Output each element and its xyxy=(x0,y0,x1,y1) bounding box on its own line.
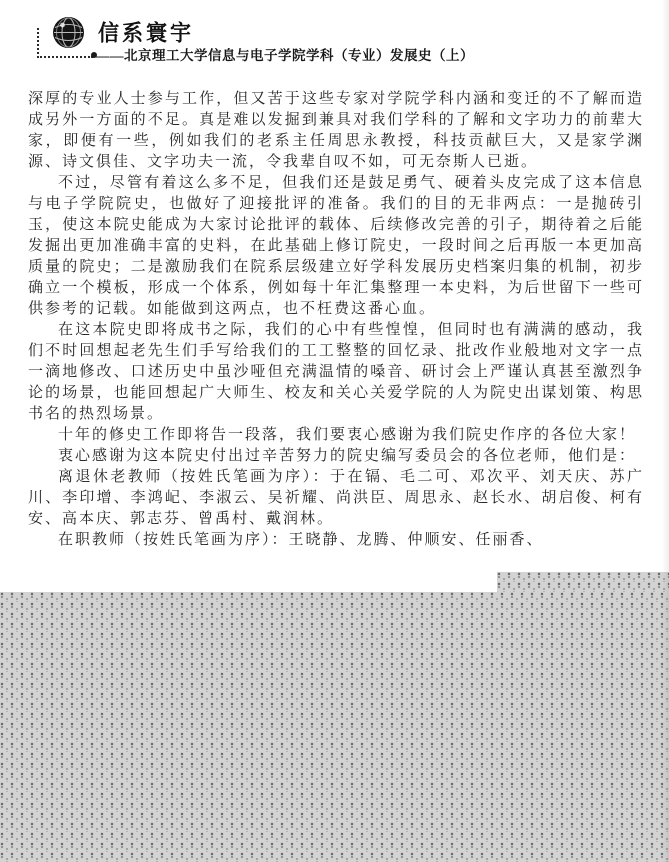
halftone-scan-artifact-right xyxy=(497,572,669,592)
paragraph: 衷心感谢为这本院史付出过辛苦努力的院史编写委员会的各位老师，他们是： xyxy=(28,446,644,467)
paragraph: 在职教师（按姓氏笔画为序）：王晓静、龙腾、仲顺安、任丽香、 xyxy=(28,530,644,551)
paragraph: 离退休老教师（按姓氏笔画为序）：于在镉、毛二可、邓次平、刘天庆、苏广川、李印增、… xyxy=(28,467,644,530)
scanned-document-page: 信系寰宇 ——北京理工大学信息与电子学院学科（专业）发展史（上） 深厚的专业人士… xyxy=(0,0,669,862)
globe-icon xyxy=(52,16,85,49)
paragraph: 十年的修史工作即将告一段落，我们要衷心感谢为我们院史作序的各位大家！ xyxy=(28,425,644,446)
paragraph: 在这本院史即将成书之际，我们的心中有些惶惶，但同时也有满满的感动，我们不时回想起… xyxy=(28,320,644,425)
page-subtitle: ——北京理工大学信息与电子学院学科（专业）发展史（上） xyxy=(96,44,474,64)
body-text: 深厚的专业人士参与工作，但又苦于这些专家对学院学科内涵和变迁的不了解而造成另外一… xyxy=(28,89,644,551)
scan-edge-shadow xyxy=(662,0,669,862)
paragraph: 深厚的专业人士参与工作，但又苦于这些专家对学院学科内涵和变迁的不了解而造成另外一… xyxy=(28,89,644,173)
paragraph: 不过，尽管有着这么多不足，但我们还是鼓足勇气、硬着头皮完成了这本信息与电子学院院… xyxy=(28,173,644,320)
halftone-scan-artifact-bottom xyxy=(0,592,669,862)
